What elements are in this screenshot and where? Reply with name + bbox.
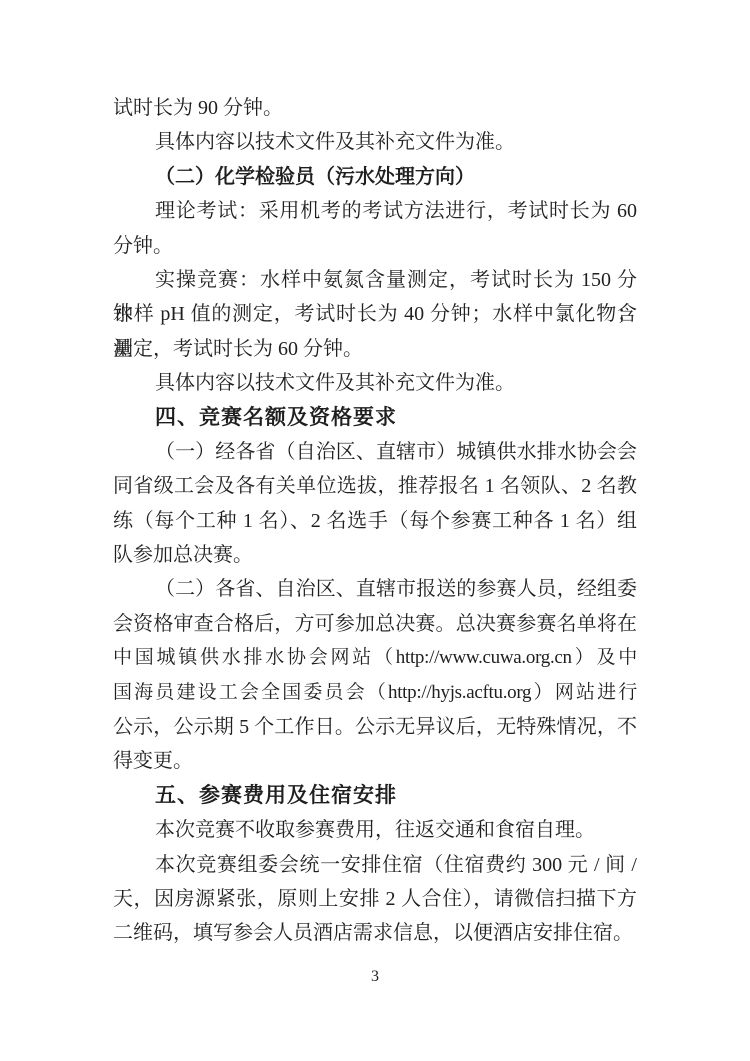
text-line: 测定，考试时长为 60 分钟。: [113, 332, 637, 366]
text-line: 本次竞赛不收取参赛费用，往返交通和食宿自理。: [113, 813, 637, 847]
text-line: 水样 pH 值的测定，考试时长为 40 分钟；水样中氯化物含量: [113, 297, 637, 331]
text-line: 队参加总决赛。: [113, 538, 637, 572]
text-line: 得变更。: [113, 744, 637, 778]
text-line: 会资格审查合格后，方可参加总决赛。总决赛参赛名单将在: [113, 607, 637, 641]
text-line: 理论考试：采用机考的考试方法进行，考试时长为 60: [113, 194, 637, 228]
text-line: 二维码，填写参会人员酒店需求信息，以便酒店安排住宿。: [113, 916, 637, 950]
page-number: 3: [113, 967, 637, 987]
text-line: 天，因房源紧张，原则上安排 2 人合住），请微信扫描下方: [113, 882, 637, 916]
section-heading-4: 四、竞赛名额及资格要求: [113, 401, 637, 435]
text-line: 练（每个工种 1 名）、2 名选手（每个参赛工种各 1 名）组: [113, 504, 637, 538]
text-line: 公示，公示期 5 个工作日。公示无异议后，无特殊情况，不: [113, 710, 637, 744]
text-line: 本次竞赛组委会统一安排住宿（住宿费约 300 元 / 间 /: [113, 848, 637, 882]
text-line: 实操竞赛：水样中氨氮含量测定，考试时长为 150 分钟；: [113, 263, 637, 297]
text-line: （一）经各省（自治区、直辖市）城镇供水排水协会会: [113, 435, 637, 469]
text-line: （二）各省、自治区、直辖市报送的参赛人员，经组委: [113, 572, 637, 606]
document-body: 试时长为 90 分钟。 具体内容以技术文件及其补充文件为准。 （二）化学检验员（…: [113, 91, 637, 951]
document-page: 试时长为 90 分钟。 具体内容以技术文件及其补充文件为准。 （二）化学检验员（…: [0, 0, 750, 1061]
text-line: 具体内容以技术文件及其补充文件为准。: [113, 125, 637, 159]
text-line: 试时长为 90 分钟。: [113, 91, 637, 125]
section-heading-5: 五、参赛费用及住宿安排: [113, 779, 637, 813]
text-line-with-url: 国海员建设工会全国委员会（http://hyjs.acftu.org）网站进行: [113, 676, 637, 710]
subsection-heading-2: （二）化学检验员（污水处理方向）: [113, 160, 637, 194]
text-line: 同省级工会及各有关单位选拔，推荐报名 1 名领队、2 名教: [113, 469, 637, 503]
text-line-with-url: 中国城镇供水排水协会网站（http://www.cuwa.org.cn）及中: [113, 641, 637, 675]
text-line: 具体内容以技术文件及其补充文件为准。: [113, 366, 637, 400]
text-line: 分钟。: [113, 229, 637, 263]
